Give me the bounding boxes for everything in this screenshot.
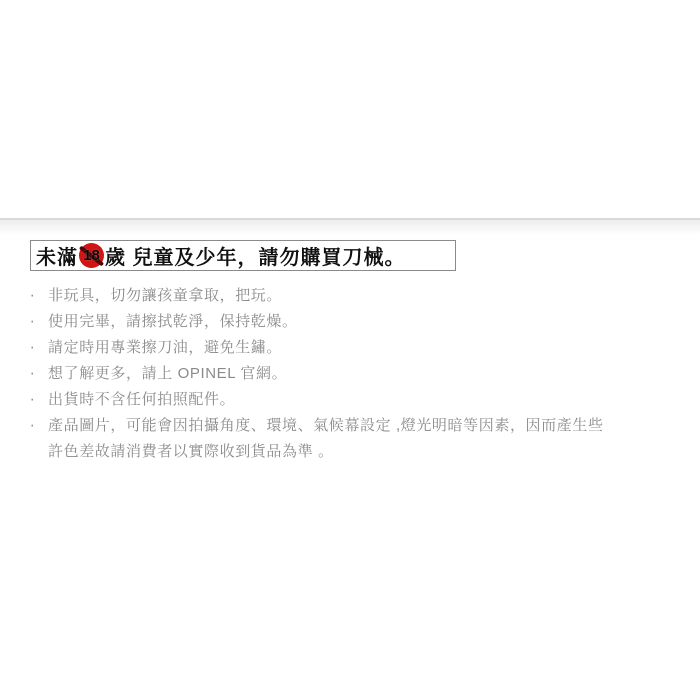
- age-warning-banner: 未滿 18 歲 兒童及少年，請勿購買刀械。: [30, 240, 456, 271]
- disclaimer-text: 出貨時不含任何拍照配件。: [48, 387, 235, 413]
- bullet-icon: ‧: [30, 413, 48, 439]
- disclaimer-list: ‧非玩具，切勿讓孩童拿取，把玩。‧使用完畢，請擦拭乾淨，保持乾燥。‧請定時用專業…: [30, 283, 670, 465]
- section-divider-shadow: [0, 220, 700, 235]
- bullet-icon: ‧: [30, 335, 48, 361]
- banner-text-prefix: 未滿: [36, 241, 78, 270]
- disclaimer-text: 使用完畢，請擦拭乾淨，保持乾燥。: [48, 309, 298, 335]
- disclaimer-text: 非玩具，切勿讓孩童拿取，把玩。: [48, 283, 282, 309]
- bullet-icon: ‧: [30, 283, 48, 309]
- disclaimer-text: 請定時用專業擦刀油，避免生鏽。: [48, 335, 282, 361]
- age-number: 18: [83, 247, 100, 264]
- disclaimer-item: ‧非玩具，切勿讓孩童拿取，把玩。: [30, 283, 670, 309]
- disclaimer-item: ‧使用完畢，請擦拭乾淨，保持乾燥。: [30, 309, 670, 335]
- disclaimer-text: 產品圖片，可能會因拍攝角度、環境、氣候幕設定 ,燈光明暗等因素，因而產生些: [48, 413, 604, 439]
- disclaimer-item: ‧出貨時不含任何拍照配件。: [30, 387, 670, 413]
- bullet-icon: ‧: [30, 309, 48, 335]
- disclaimer-text: 許色差故請消費者以實際收到貨品為準 。: [48, 439, 334, 465]
- bullet-icon: ‧: [30, 387, 48, 413]
- disclaimer-item: ‧產品圖片，可能會因拍攝角度、環境、氣候幕設定 ,燈光明暗等因素，因而產生些: [30, 413, 670, 439]
- banner-text-suffix: 歲 兒童及少年，請勿購買刀械。: [105, 241, 406, 270]
- disclaimer-item: ‧請定時用專業擦刀油，避免生鏽。: [30, 335, 670, 361]
- disclaimer-text: 想了解更多，請上 OPINEL 官網。: [48, 361, 287, 387]
- disclaimer-item: ‧想了解更多，請上 OPINEL 官網。: [30, 361, 670, 387]
- no-under-18-icon: 18: [79, 243, 104, 268]
- bullet-icon: ‧: [30, 361, 48, 387]
- disclaimer-item-continuation: 許色差故請消費者以實際收到貨品為準 。: [30, 439, 670, 465]
